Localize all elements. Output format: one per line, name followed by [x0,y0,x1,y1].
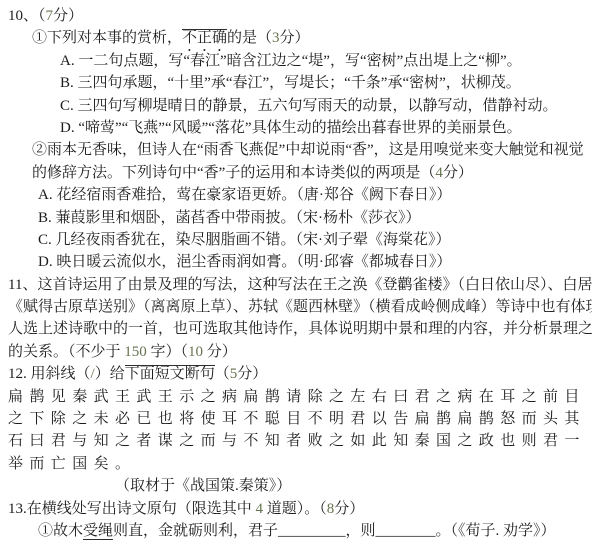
score-number: 4 [435,165,443,181]
text-run: 分） [443,165,473,181]
text-run: 12. 用斜线（ [8,366,91,382]
option-text: D. “啼莺”“飞燕”“风暖”“落花”具体生动的描绘出暮春世界的美丽景色。 [60,120,522,136]
option-c: C. 几经夜雨香犹在，染尽胭脂画不错。（宋·刘子翚《海棠花》） [8,229,588,251]
question-11-line4: 的关系。（不少于 150 字）（10 分） [8,341,588,363]
fill-blank-text: 则直，金就砺则利，君子_________，则________。（《荀子. 劝学》… [113,523,556,539]
text-run: 分） [53,8,83,24]
option-d: D. 映日暖云流似水，浥尘香雨润如膏。（明·邱睿《都城春日》） [8,251,588,273]
question-10-sub2-line2: 的修辞方法。下列诗句中“香”子的运用和本诗类似的两项是（4分） [8,162,588,184]
question-11-line1: 11、这首诗运用了由景及理的写法，这种写法在王之涣《登鹳雀楼》（白日依山尽）、白… [8,274,588,296]
passage-line-2: 之下除之未必已也将使耳不聪目不明君以告扁鹊扁鹊怒而头其 [8,408,588,430]
passage-source: （取材于《战国策.秦策》） [8,475,588,497]
choice-count-number: 4 [256,501,264,517]
text-run: 分） [334,501,364,517]
option-a: A. 花经宿雨香难拾，莺在豪家语更娇。（唐·郑谷《阙下春日》） [8,184,588,206]
text-run: 10、（ [8,8,46,24]
score-number: 3 [272,30,280,46]
option-b: B. 三四句承题，“十里”承“春江”，写堤长；“千条”承“密树”，状柳茂。 [8,72,588,94]
option-text: D. 映日暖云流似水，浥尘香雨润如膏。（明·邱睿《都城春日》） [38,254,451,270]
text-run: 《赋得古原草送别》（离离原上草）、苏轼《题西林壁》（横看成岭侧成峰）等诗中也有体… [8,299,592,315]
text-run: 13.在横线处写出诗文原句（限选其中 [8,501,256,517]
question-10-sub1: ①下列对本事的赏析，不正确的是（3分） [8,27,588,49]
text-run: 的是（ [227,30,272,46]
classical-text: 之下除之未必已也将使耳不聪目不明君以告扁鹊扁鹊怒而头其 [8,411,586,427]
text-run: ②雨本无香味，但诗人在“雨香飞燕促”中却说雨“香”，这是用嗅觉来变大触觉和视觉 [32,142,584,158]
source-text: （取材于《战国策.秦策》） [115,478,291,494]
option-text: A. 花经宿雨香难拾，莺在豪家语更娇。（唐·郑谷《阙下春日》） [38,187,451,203]
option-b: B. 蒹葭影里和烟卧，菡萏香中带雨披。（宋·杨朴《莎衣》） [8,207,588,229]
score-number: 10 [188,344,203,360]
emphasized-text: 不正确 [182,29,227,46]
option-text: B. 三四句承题，“十里”承“春江”，写堤长；“千条”承“密树”，状柳茂。 [60,75,521,91]
word-count-number: 150 [124,344,147,360]
text-run: 分） [203,344,237,360]
text-run: 11、这首诗运用了由景及理的写法，这种写法在王之涣《登鹳雀楼》（白日依山尽）、白… [8,277,592,293]
question-10-header: 10、（7分） [8,5,588,27]
text-run: ①故木 [38,523,83,539]
passage-line-4: 举而亡国矣。 [8,453,588,475]
text-run: 的关系。（不少于 [8,344,124,360]
passage-line-3: 石曰君与知之者谋之而与不知者败之如此知秦国之政也则君一 [8,430,588,452]
underlined-text: 受绳 [83,523,113,540]
option-c: C. 三四句写柳堤晴日的静景，五六句写雨天的动景，以静写动，借静衬动。 [8,95,588,117]
question-10-sub2-line1: ②雨本无香味，但诗人在“雨香飞燕促”中却说雨“香”，这是用嗅觉来变大触觉和视觉 [8,139,588,161]
score-number: 7 [46,8,54,24]
question-12-header: 12. 用斜线（/）给下面短文断句（5分） [8,363,588,385]
overlined-text: 下面短文断句 [125,365,215,382]
question-13-header: 13.在横线处写出诗文原句（限选其中 4 道题）。（8分） [8,498,588,520]
classical-text: 举而亡国矣。 [8,456,136,472]
option-text: C. 几经夜雨香犹在，染尽胭脂画不错。（宋·刘子翚《海棠花》） [38,232,451,248]
question-13-item1: ①故木受绳则直，金就砺则利，君子_________，则________。（《荀子… [8,520,588,542]
question-11-line2: 《赋得古原草送别》（离离原上草）、苏轼《题西林壁》（横看成岭侧成峰）等诗中也有体… [8,296,588,318]
option-d: D. “啼莺”“飞燕”“风暖”“落花”具体生动的描绘出暮春世界的美丽景色。 [8,117,588,139]
text-run: 人选上述诗歌中的一首，也可选取其他诗作，具体说明期中景和理的内容，并分析景理之间 [8,321,592,337]
text-run: 分） [280,30,310,46]
exam-paper: 10、（7分） ①下列对本事的赏析，不正确的是（3分） A. 一二句点题，写“春… [0,0,592,542]
option-text: B. 蒹葭影里和烟卧，菡萏香中带雨披。（宋·杨朴《莎衣》） [38,210,421,226]
classical-text: 石曰君与知之者谋之而与不知者败之如此知秦国之政也则君一 [8,433,586,449]
text-run: ①下列对本事的赏析， [32,30,182,46]
text-run: 的修辞方法。下列诗句中“香”子的运用和本诗类似的两项是（ [32,165,435,181]
text-run: ）给 [95,366,125,382]
text-run: 字）（ [147,344,188,360]
option-text: C. 三四句写柳堤晴日的静景，五六句写雨天的动景，以静写动，借静衬动。 [60,98,558,114]
text-run: 道题）。（ [263,501,327,517]
text-run: （ [215,366,230,382]
question-11-line3: 人选上述诗歌中的一首，也可选取其他诗作，具体说明期中景和理的内容，并分析景理之间 [8,318,588,340]
option-a: A. 一二句点题，写“春江”暗含江边之“堤”，写“密树”点出堤上之“柳”。 [8,50,588,72]
option-text: A. 一二句点题，写“春江”暗含江边之“堤”，写“密树”点出堤上之“柳”。 [60,53,522,69]
passage-line-1: 扁鹊见秦武王武王示之病扁鹊请除之左右曰君之病在耳之前目 [8,386,588,408]
text-run: 分） [237,366,267,382]
classical-text: 扁鹊见秦武王武王示之病扁鹊请除之左右曰君之病在耳之前目 [8,389,586,405]
